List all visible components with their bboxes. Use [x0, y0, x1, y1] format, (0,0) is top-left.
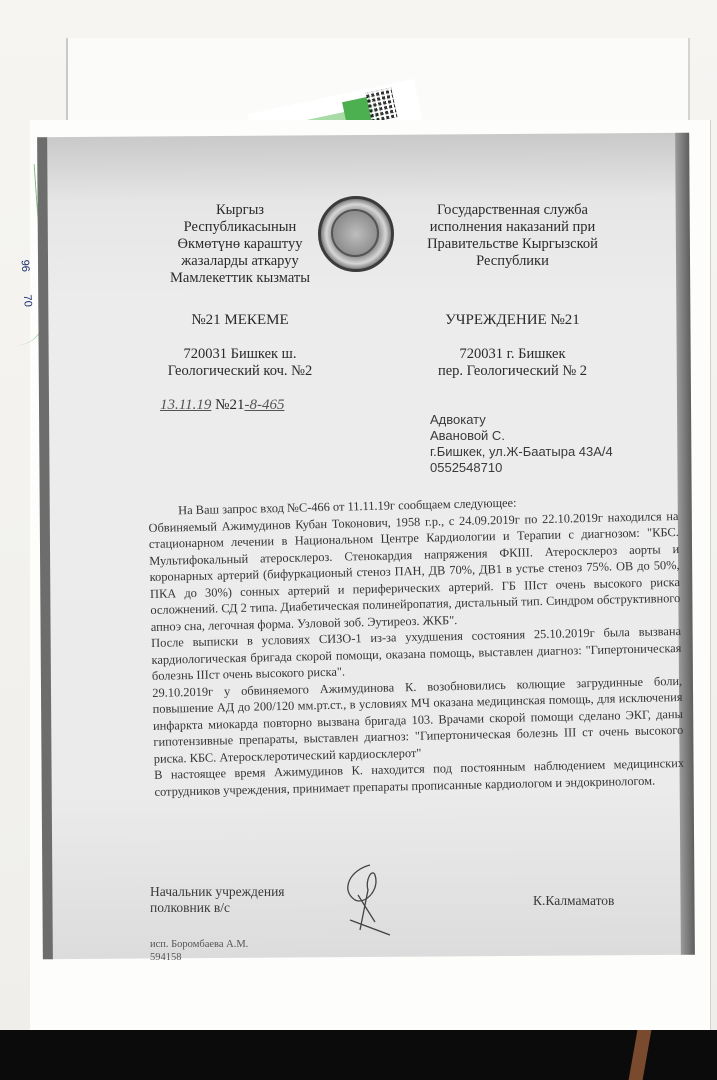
addressee: Адвокату Авановой С. г.Бишкек, ул.Ж-Баат… — [430, 412, 613, 476]
signatory-name: К.Калмаматов — [533, 893, 614, 909]
institution-kg: №21 МЕКЕМЕ — [140, 312, 340, 329]
paragraph: 29.10.2019г у обвиняемого Ажимудинова К.… — [152, 672, 684, 767]
institution-ru: УЧРЕЖДЕНИЕ №21 — [405, 312, 620, 329]
table-surface — [0, 1030, 717, 1080]
outgoing-reference: 13.11.19 №21-8-465 — [160, 397, 284, 414]
letter-body: На Ваш запрос вход №С-466 от 11.11.19г с… — [148, 491, 685, 800]
ref-number: -8-465 — [244, 397, 284, 413]
header-right: Государственная служба исполнения наказа… — [405, 202, 620, 380]
signature-icon — [330, 860, 400, 940]
signatory-title: Начальник учреждения полковник в/с — [150, 884, 285, 916]
ref-date: 13.11.19 — [160, 397, 211, 413]
header-left: Кыргыз Республикасынын Өкмөтүнө караштуу… — [140, 202, 340, 380]
ref-prefix: №21 — [215, 397, 244, 413]
state-emblem-icon — [318, 196, 394, 272]
executor: исп. Боромбаева А.М. 594158 — [150, 938, 248, 964]
paragraph: Обвиняемый Ажимудинов Кубан Токонович, 1… — [148, 507, 680, 634]
